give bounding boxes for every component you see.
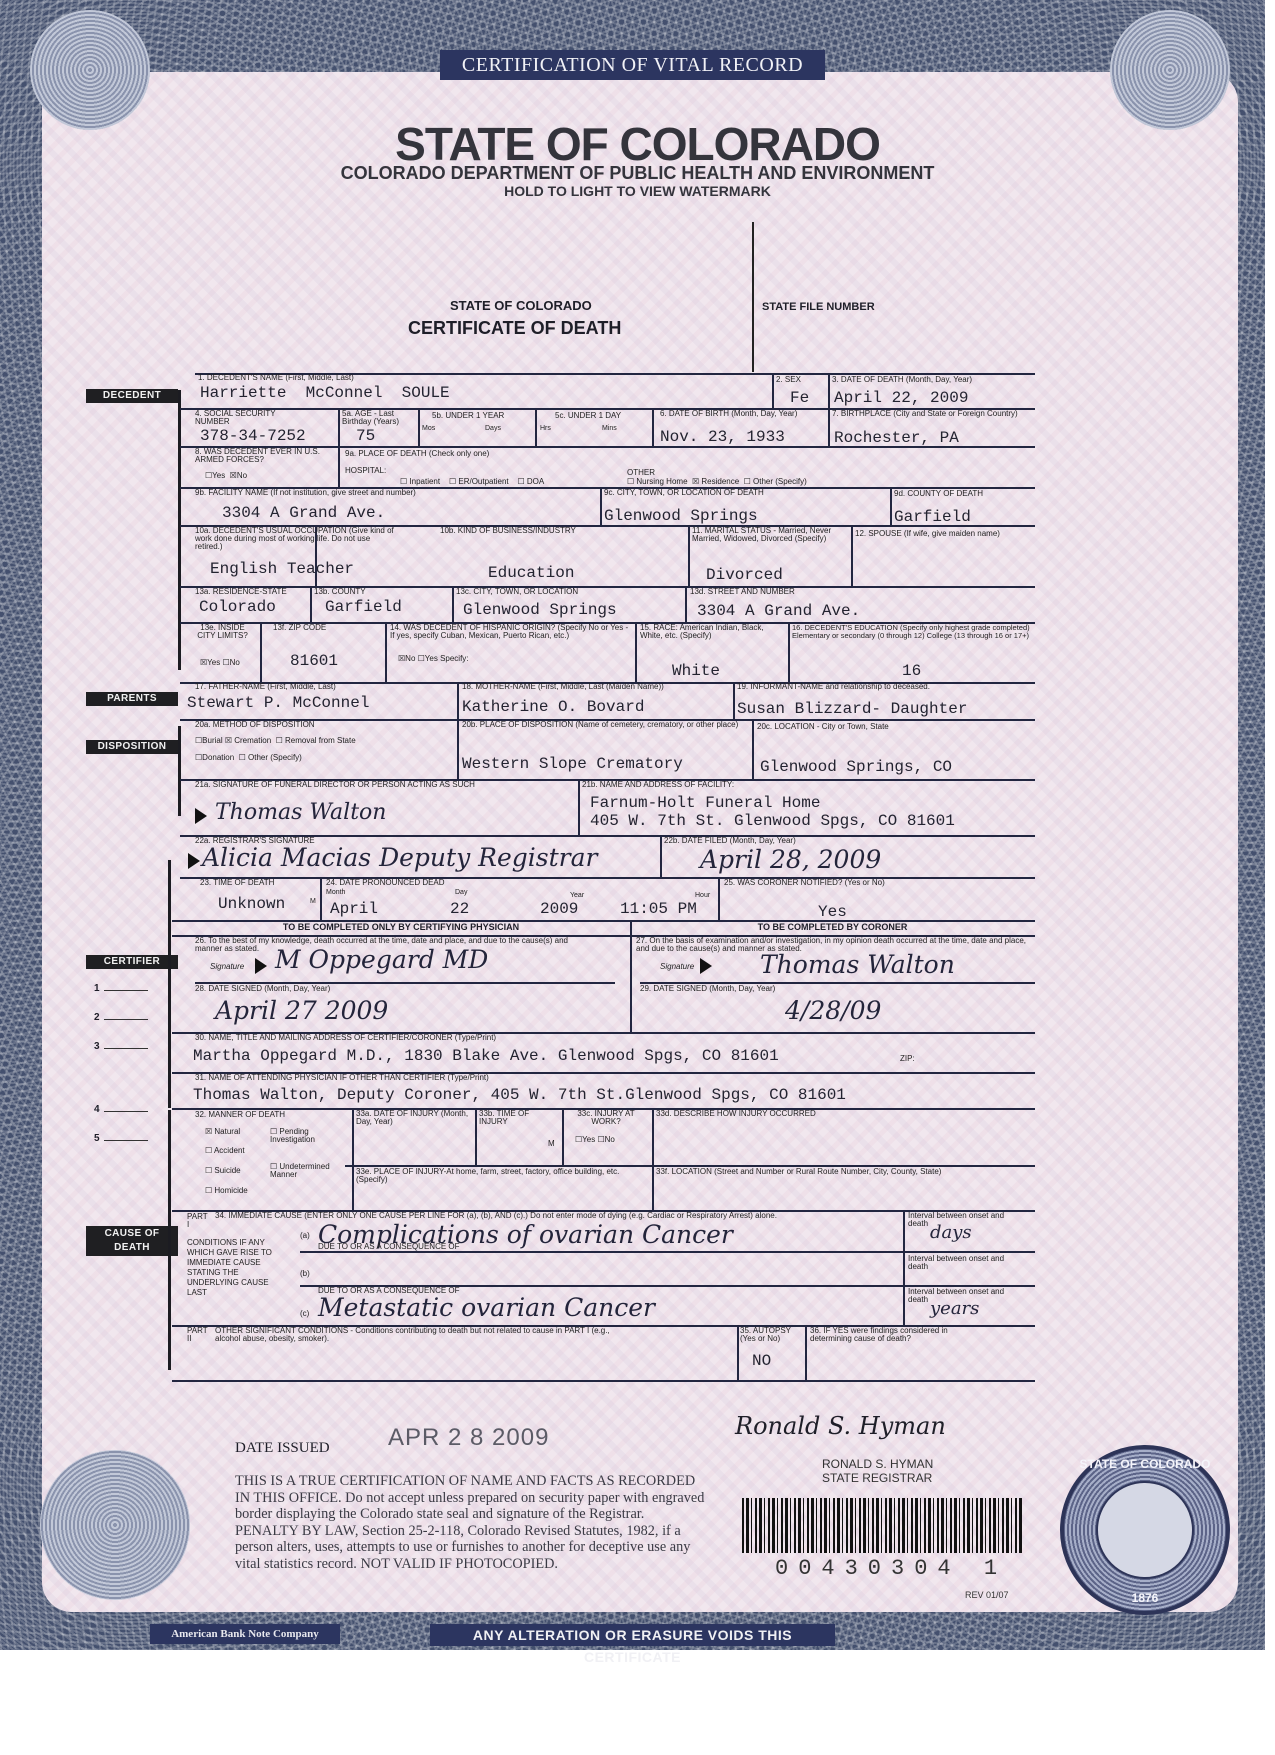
physician-date-signed: April 27 2009 — [215, 996, 388, 1025]
hour-label: Hour — [695, 892, 710, 900]
physician-date-signed-label: 28. DATE SIGNED (Month, Day, Year) — [195, 985, 330, 993]
birthplace-label: 7. BIRTHPLACE (City and State or Foreign… — [832, 410, 1032, 418]
interval-c: years — [930, 1298, 979, 1319]
year-label: Year — [570, 892, 584, 900]
injury-place-label: 33e. PLACE OF INJURY-At home, farm, stre… — [356, 1168, 646, 1184]
time-of-death-label: 23. TIME OF DEATH — [200, 879, 274, 887]
date-of-death-value: April 22, 2009 — [834, 389, 968, 407]
mother-name-value: Katherine O. Bovard — [462, 698, 644, 716]
registrar-signature: Alicia Macias Deputy Registrar — [202, 843, 597, 872]
col-divider — [310, 586, 312, 622]
months-label: Mos — [422, 425, 435, 433]
manner-pending[interactable]: ☐ Pending Investigation — [270, 1128, 345, 1144]
file-number-divider — [752, 222, 754, 372]
facility-address-label: 21b. NAME AND ADDRESS OF FACILITY: — [582, 781, 734, 789]
seal-text: STATE OF COLORADO — [1064, 1457, 1226, 1471]
conditions-label: CONDITIONS IF ANY WHICH GAVE RISE TO IMM… — [187, 1238, 287, 1298]
col-divider — [578, 779, 580, 835]
industry-value: Education — [488, 564, 574, 582]
rule — [180, 586, 1035, 588]
col-divider — [630, 920, 632, 1032]
facility-line-1: Farnum-Holt Funeral Home — [590, 794, 820, 812]
rule — [172, 1380, 1035, 1382]
industry-label: 10b. KIND OF BUSINESS/INDUSTRY — [440, 527, 576, 535]
certification-banner: CERTIFICATION OF VITAL RECORD — [440, 50, 825, 80]
city-of-death-value: Glenwood Springs — [604, 507, 758, 525]
certifier-zip-label: ZIP: — [900, 1055, 915, 1063]
disposition-place-label: 20b. PLACE OF DISPOSITION (Name of cemet… — [462, 721, 747, 729]
tab-decedent: DECEDENT — [86, 389, 178, 403]
col-divider — [828, 373, 830, 446]
manner-of-death-label: 32. MANNER OF DEATH — [195, 1111, 285, 1119]
void-warning-banner: ANY ALTERATION OR ERASURE VOIDS THIS CER… — [430, 1624, 835, 1646]
line-a-label: (a) — [300, 1232, 310, 1240]
hispanic-origin-options[interactable]: ☒No ☐Yes Specify: — [398, 655, 478, 663]
registrar-name: RONALD S. HYMAN — [822, 1457, 933, 1471]
funeral-director-signature: Thomas Walton — [215, 800, 386, 825]
father-name-value: Stewart P. McConnel — [187, 694, 369, 712]
col-divider — [685, 586, 687, 622]
age-value: 75 — [356, 427, 375, 445]
rule — [300, 1251, 1035, 1253]
other-place-label: OTHER — [627, 469, 655, 477]
state-seal-icon: STATE OF COLORADO 1876 — [1060, 1445, 1230, 1615]
date-of-birth-label: 6. DATE OF BIRTH (Month, Day, Year) — [660, 410, 820, 418]
certificate-state: STATE OF COLORADO — [450, 298, 592, 313]
date-filed-label: 22b. DATE FILED (Month, Day, Year) — [664, 837, 796, 845]
hospital-label: HOSPITAL: — [345, 467, 386, 475]
age-label: 5a. AGE - Last Birthday (Years) — [342, 410, 416, 426]
physician-section-header: TO BE COMPLETED ONLY BY CERTIFYING PHYSI… — [172, 922, 630, 932]
manner-homicide[interactable]: ☐ Homicide — [205, 1187, 248, 1195]
certifier-name-label: 30. NAME, TITLE AND MAILING ADDRESS OF C… — [195, 1034, 496, 1042]
line-c-label: (c) — [300, 1310, 309, 1318]
col-divider — [652, 1108, 654, 1210]
date-issued-stamp: APR 2 8 2009 — [388, 1424, 549, 1452]
disposition-method-options-2[interactable]: ☐Donation ☐ Other (Specify) — [195, 754, 302, 762]
place-of-death-label: 9a. PLACE OF DEATH (Check only one) — [345, 450, 489, 458]
decedent-bracket — [178, 390, 181, 670]
coroner-notified-value: Yes — [818, 903, 847, 921]
seal-center — [1096, 1481, 1194, 1579]
mother-name-label: 18. MOTHER-NAME (First, Middle, Last (Ma… — [462, 683, 664, 691]
col-divider — [352, 1108, 354, 1210]
disposition-location-value: Glenwood Springs, CO — [760, 758, 952, 776]
date-issued-label: DATE ISSUED — [235, 1440, 330, 1457]
tab-disposition: DISPOSITION — [86, 740, 178, 754]
tab-parents: PARENTS — [86, 692, 178, 706]
decedent-name-label: 1. DECEDENT'S NAME (First, Middle, Last) — [198, 374, 354, 382]
injury-time-label: 33b. TIME OF INJURY — [479, 1110, 559, 1126]
col-divider — [385, 622, 387, 682]
education-value: 16 — [902, 662, 921, 680]
col-divider — [752, 719, 754, 779]
informant-value: Susan Blizzard- Daughter — [737, 700, 967, 718]
injury-at-work-label: 33c. INJURY AT WORK? — [566, 1110, 646, 1126]
under-1-day-label: 5c. UNDER 1 DAY — [555, 412, 621, 420]
col-divider — [635, 622, 637, 682]
residence-city-label: 13c. CITY, TOWN, OR LOCATION — [456, 588, 578, 596]
sex-value: Fe — [790, 389, 809, 407]
col-divider — [851, 525, 853, 586]
coroner-section-header: TO BE COMPLETED BY CORONER — [630, 922, 1035, 932]
city-of-death-label: 9c. CITY, TOWN, OR LOCATION OF DEATH — [604, 489, 764, 497]
coroner-date-signed: 4/28/09 — [785, 996, 881, 1025]
pronounced-month: April — [330, 900, 378, 918]
armed-forces-options[interactable]: ☐Yes ☒No — [205, 472, 247, 480]
birthplace-value: Rochester, PA — [834, 429, 959, 447]
certifier-line-5: 5 — [94, 1133, 148, 1144]
zip-code-label: 13f. ZIP CODE — [273, 624, 326, 632]
autopsy-label: 35. AUTOPSY (Yes or No) — [740, 1327, 802, 1343]
col-divider — [903, 1210, 905, 1325]
certificate-title: CERTIFICATE OF DEATH — [408, 318, 621, 339]
residence-county-value: Garfield — [325, 598, 402, 616]
attending-physician-label: 31. NAME OF ATTENDING PHYSICIAN IF OTHER… — [195, 1074, 489, 1082]
time-of-death-value: Unknown — [218, 895, 285, 913]
sex-label: 2. SEX — [776, 376, 801, 384]
col-divider — [320, 877, 322, 920]
corner-rosette-top-right — [1110, 10, 1230, 130]
injury-location-label: 33f. LOCATION (Street and Number or Rura… — [656, 1168, 941, 1176]
col-divider — [562, 1108, 564, 1165]
cause-bracket — [168, 1110, 171, 1370]
coroner-signature: Thomas Walton — [760, 950, 955, 979]
residence-state-label: 13a. RESIDENCE-STATE — [195, 588, 287, 596]
time-m-label: M — [310, 898, 316, 906]
col-divider — [475, 1108, 477, 1165]
interval-a: days — [930, 1222, 972, 1243]
col-divider — [600, 487, 602, 525]
col-divider — [733, 682, 735, 719]
signature-arrow-icon — [188, 853, 200, 869]
manner-accident[interactable]: ☐ Accident — [205, 1147, 245, 1155]
col-divider — [535, 408, 537, 446]
hispanic-origin-label: 14. WAS DECEDENT OF HISPANIC ORIGIN? (Sp… — [390, 624, 630, 640]
date-of-birth-value: Nov. 23, 1933 — [660, 428, 785, 446]
col-divider — [718, 877, 720, 920]
under-1-year-label: 5b. UNDER 1 YEAR — [432, 412, 504, 420]
certifier-line-3: 3 — [94, 1041, 148, 1052]
inside-city-label: 13e. INSIDE CITY LIMITS? — [195, 624, 250, 640]
legal-certification-text: THIS IS A TRUE CERTIFICATION OF NAME AND… — [235, 1473, 705, 1572]
minutes-label: Mins — [602, 425, 617, 433]
immediate-cause-label: 34. IMMEDIATE CAUSE (ENTER ONLY ONE CAUS… — [215, 1212, 777, 1220]
corner-rosette-top-left — [30, 10, 150, 130]
line-b-label: (b) — [300, 1270, 310, 1278]
marital-status-value: Divorced — [706, 566, 783, 584]
certifier-bracket — [168, 860, 171, 1108]
cause-line-c: Metastatic ovarian Cancer — [318, 1293, 655, 1322]
form-revision: REV 01/07 — [965, 1590, 1009, 1600]
physician-signature: M Oppegard MD — [275, 945, 488, 974]
injury-time-m: M — [548, 1140, 555, 1148]
state-file-number-label: STATE FILE NUMBER — [762, 301, 875, 313]
col-divider — [890, 487, 892, 525]
month-label: Month — [326, 889, 345, 897]
disposition-method-options-1[interactable]: ☐Burial ☒ Cremation ☐ Removal from State — [195, 737, 356, 745]
barcode-number: 00430304 1 — [775, 1556, 1007, 1581]
hospital-options[interactable]: ☐ Inpatient ☐ ER/Outpatient ☐ DOA — [400, 478, 544, 486]
day-label: Day — [455, 889, 467, 897]
signature-arrow-icon — [255, 958, 267, 974]
residence-state-value: Colorado — [199, 598, 276, 616]
ssn-label: 4. SOCIAL SECURITY NUMBER — [195, 410, 295, 426]
pronounced-year: 2009 — [540, 900, 578, 918]
date-filed-value: April 28, 2009 — [700, 845, 881, 874]
facility-name-label: 9b. FACILITY NAME (If not institution, g… — [195, 489, 416, 497]
col-divider — [652, 408, 654, 446]
date-of-death-label: 3. DATE OF DEATH (Month, Day, Year) — [832, 376, 972, 384]
date-pronounced-label: 24. DATE PRONOUNCED DEAD — [326, 879, 445, 887]
armed-forces-label: 8. WAS DECEDENT EVER IN U.S. ARMED FORCE… — [195, 448, 335, 464]
col-divider — [457, 682, 459, 779]
facility-line-2: 405 W. 7th St. Glenwood Spgs, CO 81601 — [590, 812, 955, 830]
injury-description-label: 33d. DESCRIBE HOW INJURY OCCURRED — [656, 1110, 816, 1118]
signature-arrow-icon — [700, 958, 712, 974]
other-conditions-label: OTHER SIGNIFICANT CONDITIONS - Condition… — [215, 1327, 635, 1343]
findings-label: 36. IF YES were findings considered in d… — [810, 1327, 990, 1343]
coroner-date-signed-label: 29. DATE SIGNED (Month, Day, Year) — [640, 985, 775, 993]
col-divider — [418, 408, 420, 446]
interval-label-b: Interval between onset and death — [908, 1255, 1008, 1271]
autopsy-value: NO — [752, 1352, 771, 1370]
informant-label: 19. INFORMANT-NAME and relationship to d… — [737, 683, 930, 691]
race-label: 15. RACE: American Indian, Black, White,… — [640, 624, 780, 640]
funeral-director-signature-label: 21a. SIGNATURE OF FUNERAL DIRECTOR OR PE… — [195, 781, 475, 789]
facility-name-value: 3304 A Grand Ave. — [222, 504, 385, 522]
col-divider — [805, 1325, 807, 1380]
registrar-signature: Ronald S. Hyman — [735, 1412, 946, 1440]
spouse-label: 12. SPOUSE (If wife, give maiden name) — [855, 530, 1000, 538]
occupation-value: English Teacher — [210, 560, 354, 578]
col-divider — [660, 835, 662, 877]
due-to-label-1: DUE TO OR AS A CONSEQUENCE OF — [318, 1243, 460, 1251]
signature-arrow-icon — [195, 808, 207, 824]
education-label: 16. DECEDENT'S EDUCATION (Specify only h… — [792, 624, 1032, 640]
certifier-name-value: Martha Oppegard M.D., 1830 Blake Ave. Gl… — [193, 1047, 779, 1065]
residence-county-label: 13b. COUNTY — [314, 588, 366, 596]
injury-date-label: 33a. DATE OF INJURY (Month, Day, Year) — [356, 1110, 471, 1126]
seal-year: 1876 — [1064, 1591, 1226, 1605]
attending-physician-value: Thomas Walton, Deputy Coroner, 405 W. 7t… — [193, 1086, 846, 1104]
department-title: COLORADO DEPARTMENT OF PUBLIC HEALTH AND… — [0, 163, 1275, 184]
col-divider — [688, 525, 690, 586]
rule — [180, 877, 1035, 879]
manner-undetermined[interactable]: ☐ Undetermined Manner — [270, 1163, 345, 1179]
residence-city-value: Glenwood Springs — [463, 601, 617, 619]
occupation-label: 10a. DECEDENT'S USUAL OCCUPATION (Give k… — [195, 527, 395, 551]
disposition-bracket — [178, 726, 181, 816]
col-divider — [260, 622, 262, 682]
tab-certifier: CERTIFIER — [86, 955, 178, 969]
registrar-title: STATE REGISTRAR — [822, 1471, 933, 1485]
county-of-death-label: 9d. COUNTY OF DEATH — [894, 490, 983, 498]
county-of-death-value: Garfield — [894, 508, 971, 526]
residence-street-value: 3304 A Grand Ave. — [697, 602, 860, 620]
barcode — [742, 1498, 1022, 1553]
pronounced-hour: 11:05 PM — [620, 900, 697, 918]
race-value: White — [672, 662, 720, 680]
watermark-note: HOLD TO LIGHT TO VIEW WATERMARK — [0, 183, 1275, 199]
corner-rosette-bottom-left — [40, 1450, 190, 1600]
days-label: Days — [485, 425, 501, 433]
residence-street-label: 13d. STREET AND NUMBER — [690, 588, 795, 596]
col-divider — [772, 373, 774, 408]
father-name-label: 17. FATHER-NAME (First, Middle, Last) — [195, 683, 336, 691]
col-divider — [338, 408, 340, 487]
certifier-line-2: 2 — [94, 1012, 148, 1023]
part-2-label: PART II — [187, 1327, 207, 1343]
col-divider — [452, 586, 454, 622]
manner-suicide[interactable]: ☐ Suicide — [205, 1167, 241, 1175]
inside-city-options[interactable]: ☒Yes ☐No — [200, 659, 240, 667]
pronounced-day: 22 — [450, 900, 469, 918]
certifier-line-1: 1 — [94, 983, 148, 994]
injury-at-work-options[interactable]: ☐Yes ☐No — [575, 1136, 615, 1144]
col-divider — [737, 1325, 739, 1380]
other-place-options[interactable]: ☐ Nursing Home ☒ Residence ☐ Other (Spec… — [627, 478, 807, 486]
physician-signature-label: Signature — [210, 963, 244, 971]
manner-natural[interactable]: ☒ Natural — [205, 1128, 240, 1136]
col-divider — [788, 622, 790, 682]
decedent-name-value: Harriette McConnel SOULE — [200, 384, 450, 402]
registrar-name-block: RONALD S. HYMAN STATE REGISTRAR — [822, 1457, 933, 1485]
printer-name: American Bank Note Company — [150, 1624, 340, 1644]
ssn-value: 378-34-7252 — [200, 427, 306, 445]
part-1-label: PART I — [187, 1213, 207, 1229]
hours-label: Hrs — [540, 425, 551, 433]
tab-cause-of-death: CAUSE OF DEATH — [86, 1226, 178, 1256]
disposition-place-value: Western Slope Crematory — [462, 755, 683, 773]
coroner-signature-label: Signature — [660, 963, 694, 971]
certifier-line-4: 4 — [94, 1104, 148, 1115]
disposition-method-label: 20a. METHOD OF DISPOSITION — [195, 721, 315, 729]
marital-status-label: 11. MARITAL STATUS - Married, Never Marr… — [692, 527, 842, 543]
disposition-location-label: 20c. LOCATION - City or Town, State — [757, 723, 889, 731]
zip-code-value: 81601 — [290, 652, 338, 670]
coroner-notified-label: 25. WAS CORONER NOTIFIED? (Yes or No) — [724, 879, 894, 887]
